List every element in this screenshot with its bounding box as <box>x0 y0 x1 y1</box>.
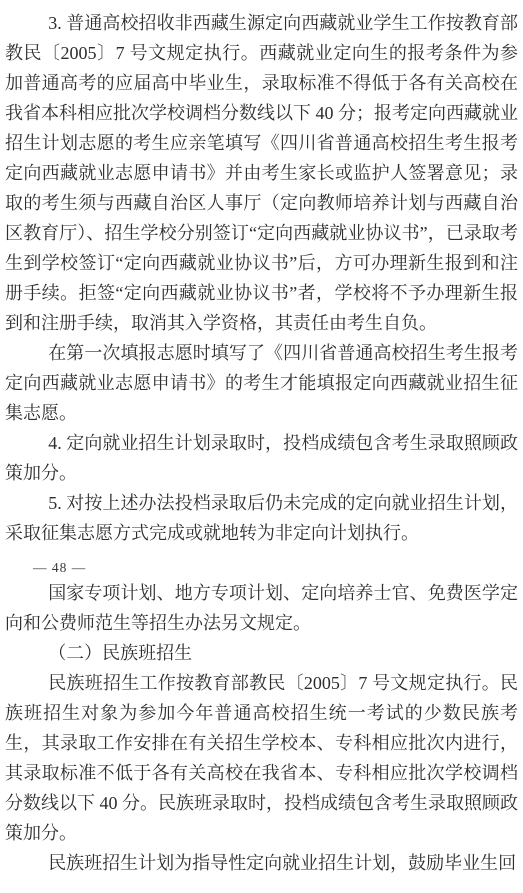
paragraph-ethnic-class-policy: 民族班招生工作按教育部教民〔2005〕7 号文规定执行。民族班招生对象为参加今年… <box>5 668 518 848</box>
paragraph-clause-5-unfilled-plans: 5. 对按上述办法投档录取后仍未完成的定向就业招生计划，采取征集志愿方式完成或就… <box>5 488 518 548</box>
paragraph-clause-3-tibet-directed: 3. 普通高校招收非西藏生源定向西藏就业学生工作按教育部教民〔2005〕7 号文… <box>5 8 518 338</box>
section-heading-ethnic-class-enrollment: （二）民族班招生 <box>5 638 518 668</box>
paragraph-application-form-note: 在第一次填报志愿时填写了《四川省普通高校招生考生报考定向西藏就业志愿申请书》的考… <box>5 338 518 428</box>
paragraph-special-plans-note: 国家专项计划、地方专项计划、定向培养士官、免费医学定向和公费师范生等招生办法另文… <box>5 578 518 638</box>
document-page: 3. 普通高校招收非西藏生源定向西藏就业学生工作按教育部教民〔2005〕7 号文… <box>0 0 523 893</box>
paragraph-clause-4-bonus-points: 4. 定向就业招生计划录取时，投档成绩包含考生录取照顾政策加分。 <box>5 428 518 488</box>
page-number-marker: — 48 — <box>5 558 518 578</box>
paragraph-ethnic-class-guidance: 民族班招生计划为指导性定向就业招生计划，鼓励毕业生回 <box>5 848 518 878</box>
